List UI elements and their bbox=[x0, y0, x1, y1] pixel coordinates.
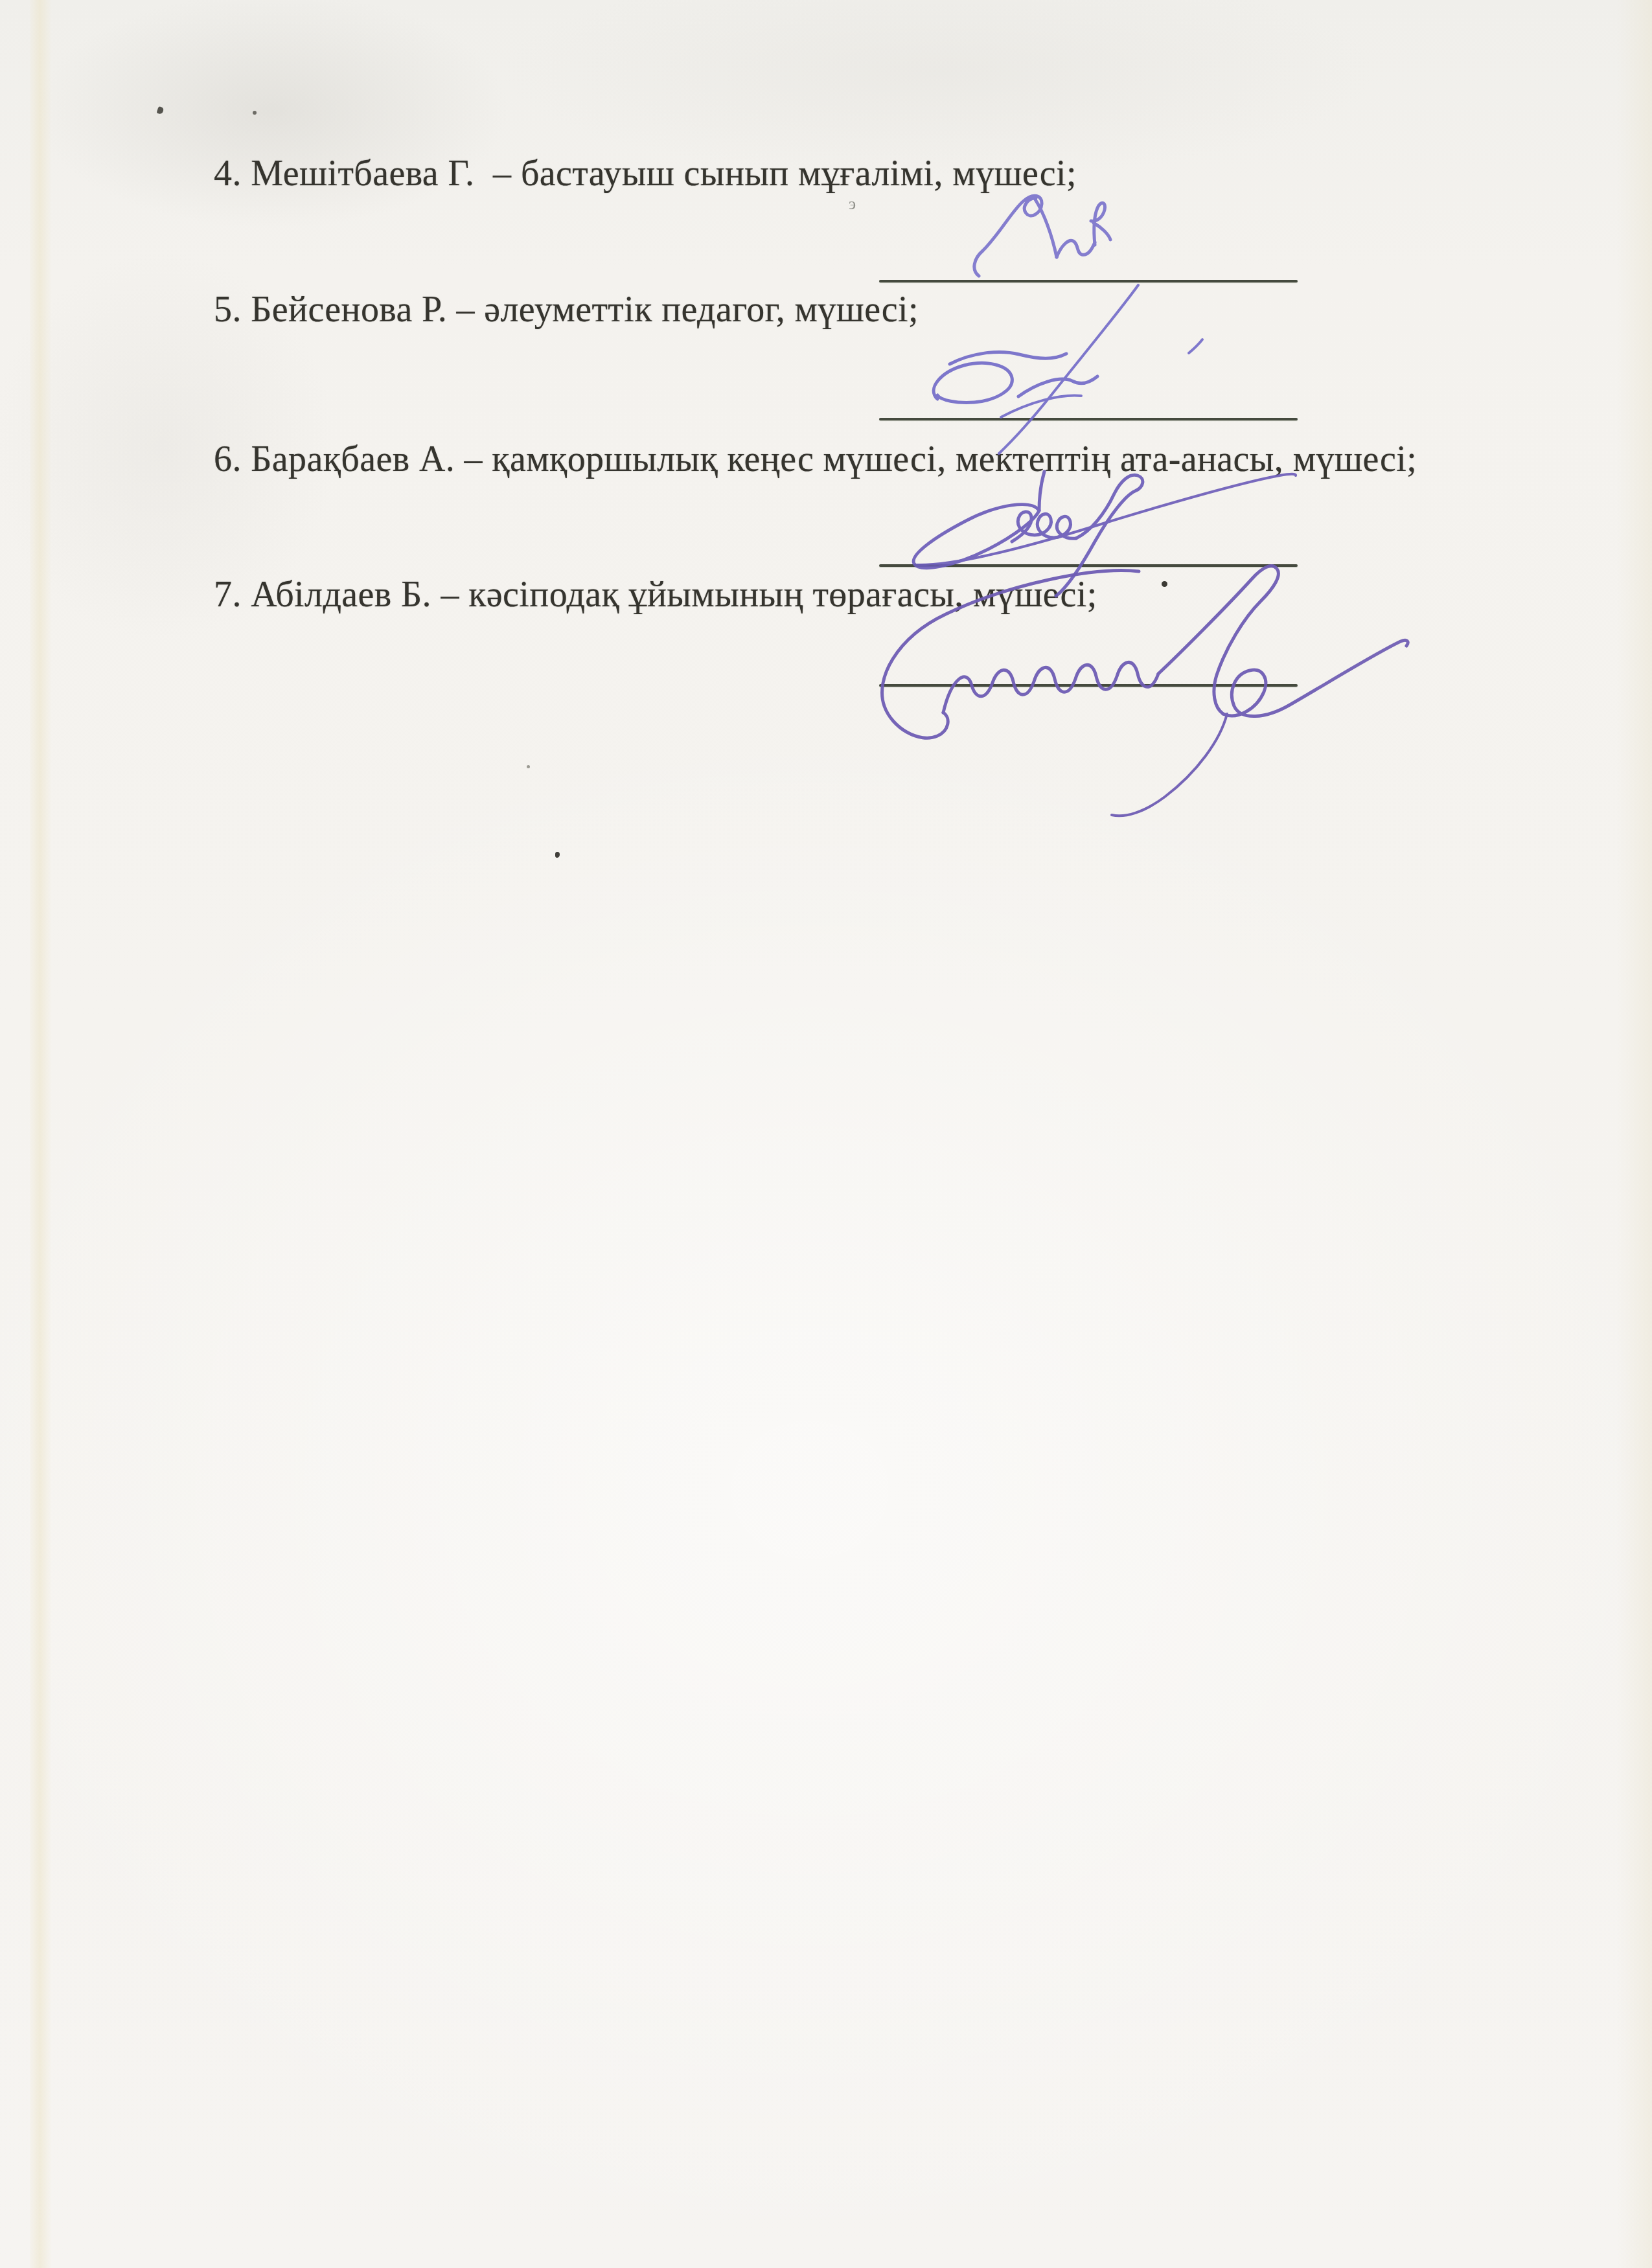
ink-stroke bbox=[1112, 714, 1227, 816]
ink-stroke bbox=[974, 196, 1042, 276]
paper-speck bbox=[527, 765, 530, 768]
ink-stroke bbox=[950, 352, 1066, 364]
ink-stroke bbox=[1189, 339, 1202, 353]
ink-stroke bbox=[943, 662, 1158, 713]
signature-6-image bbox=[913, 472, 1296, 596]
ink-stroke bbox=[1158, 566, 1278, 714]
ink-stroke bbox=[1039, 472, 1044, 510]
signature-5-image bbox=[934, 285, 1202, 453]
ink-stroke bbox=[999, 285, 1138, 453]
ink-stroke bbox=[882, 571, 1139, 738]
ink-stroke bbox=[934, 363, 1012, 402]
ink-stroke bbox=[1094, 223, 1110, 240]
paper-speck bbox=[253, 111, 257, 115]
stray-pen-mark: э bbox=[849, 194, 856, 214]
signatures-ink-layer bbox=[0, 0, 1652, 2268]
ink-stroke bbox=[1223, 640, 1408, 716]
ink-stroke bbox=[1012, 512, 1076, 542]
ink-stroke bbox=[1057, 240, 1095, 257]
ink-stroke bbox=[1056, 475, 1143, 596]
ink-dot bbox=[1162, 581, 1167, 587]
signature-7-image bbox=[882, 566, 1408, 816]
signature-4-image bbox=[974, 196, 1110, 276]
scanned-page: 4. Мешітбаева Г. – бастауыш сынып мұғалі… bbox=[0, 0, 1652, 2268]
ink-stroke bbox=[1035, 200, 1057, 257]
ink-stroke bbox=[915, 474, 1296, 565]
